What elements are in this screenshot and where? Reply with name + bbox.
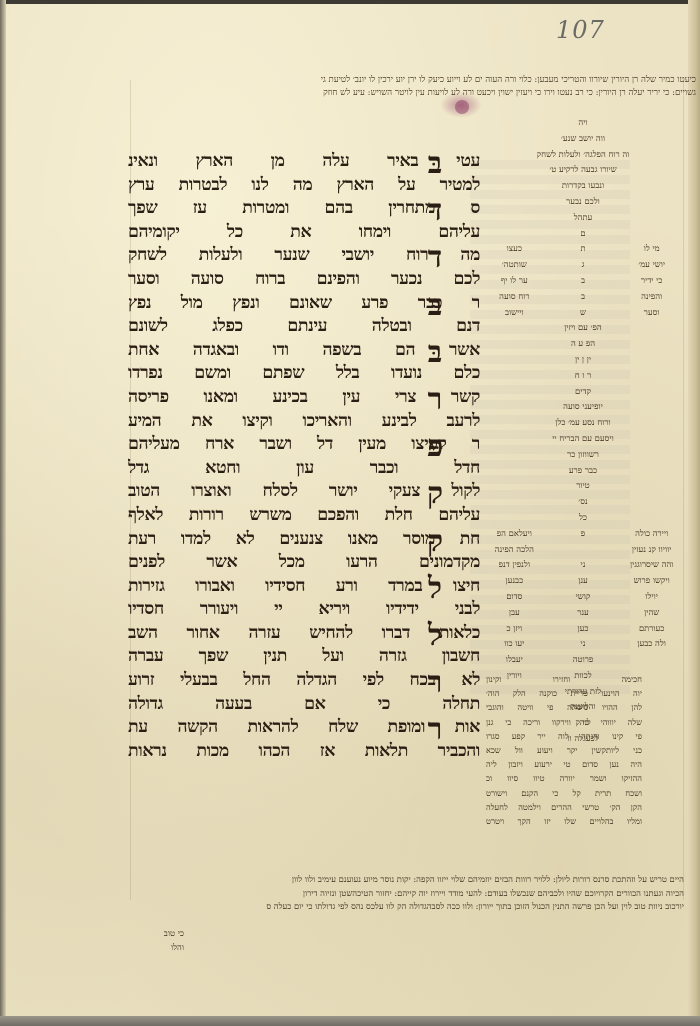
top-note-line: גשויים: כי יריר יעלה רן היורין: כי רב נע… (126, 87, 696, 100)
masora-taper-line: נס׳ (480, 494, 686, 510)
initial-letter: ד (415, 240, 455, 275)
masora-cell: רוח סועה (480, 289, 549, 305)
masora-taper-line: הפ׳ עם ויזין (480, 320, 686, 336)
commentary-line: חכימה וחזירו וקינון (486, 672, 642, 686)
masora-grid-row: יושי עמ׳גשותטה׳ (480, 257, 686, 273)
page-fore-edge (688, 0, 700, 1016)
masora-cell: ולה כבען (617, 636, 686, 652)
masora-lower-row: יוויוו קנ נעזיןהלכה הפינה (480, 542, 686, 558)
masora-line: עתהל (480, 210, 686, 226)
masora-lower-row: יוילוקושיסדום (480, 589, 686, 605)
masora-lower-row: פרוטהיעבלו (480, 652, 686, 668)
masora-cell: ענר (549, 605, 618, 621)
commentary-line: הקן הק׳ טרשי ההרים וילמטה לחעלה (486, 800, 642, 814)
commentary-block: חכימה וחזירו וקינוןיוה הוינעו כריית כוקנ… (486, 672, 642, 828)
masora-taper-line: הפ ע ה (480, 336, 686, 352)
masora-line: ונבעו בקדרות (480, 178, 686, 194)
masora-taper-line: ויסעם עם הבריח יי (480, 431, 686, 447)
masora-cell: ויירה כולה (617, 526, 686, 542)
initial-letter: ר (415, 382, 455, 417)
masora-taper-line: טיור (480, 478, 686, 494)
masora-taper-line: קדים (480, 384, 686, 400)
masora-line: ויה (480, 115, 686, 131)
masora-cell (549, 542, 618, 558)
initial-letter: ל (415, 571, 455, 606)
initial-letter: ל (415, 618, 455, 653)
masora-cell: יעבלו (480, 652, 549, 668)
masora-cell: קושי (549, 589, 618, 605)
bottom-marginal-note: היים טריש על וזהתכת סרנס רורות ליולן: לל… (124, 873, 684, 914)
masora-cell: שהין (617, 605, 686, 621)
top-note-line: כיעטו כמיר שלה רן היורין שיורוו והטריכי … (126, 74, 696, 87)
page-bottom-edge (0, 1016, 700, 1026)
masora-cell: ש (549, 305, 618, 321)
masora-cell: ני (549, 636, 618, 652)
initial-letter: בּ (415, 146, 455, 181)
masora-taper-line: ר ו ח (480, 368, 686, 384)
initial-letter: ר (415, 712, 455, 747)
page-top-edge (0, 0, 700, 4)
commentary-line: פי קינו ווינתה לוה ייר קפע סגרו (486, 729, 642, 743)
commentary-line: ושכח תרית קל כי הקנם וישורט (486, 786, 642, 800)
masora-cell: ולנפין דנפ (480, 557, 549, 573)
masora-cell: ויזן כ (480, 621, 549, 637)
masora-cell: ענן (549, 573, 618, 589)
ink-stain (455, 100, 469, 114)
commentary-line: שלה יוווהי כי ווירקוו וריכה כי גנן (486, 715, 642, 729)
masora-cell: יוויוו קנ נעזין (617, 542, 686, 558)
masora-taper-line: רשווזון כר (480, 447, 686, 463)
masora-column: ויהווה יושב שנע׳וה רוח הפלגה׳ ולעלות לשח… (480, 115, 686, 747)
masora-lower-row: והה שיסרוגגיןניולנפין דנפ (480, 557, 686, 573)
masora-line: שיורו גבעה לרקיע ט׳ (480, 162, 686, 178)
masora-cell: ג (549, 257, 618, 273)
initial-letter: ק (415, 524, 455, 559)
masora-cell: יעו כוו (480, 636, 549, 652)
masora-taper-line: ורוח נסע עמ׳ כלן (480, 415, 686, 431)
masora-cell: עבן (480, 605, 549, 621)
masora-cell (617, 652, 686, 668)
masora-line: ולכם נבער (480, 194, 686, 210)
masora-cell: ויישוב (480, 305, 549, 321)
masora-cell: כעצו (480, 241, 549, 257)
masora-cell: פ (549, 526, 618, 542)
masora-line: ם (480, 226, 686, 242)
bottom-note-tail-line: כי טוב (124, 927, 184, 941)
masora-line: ווה יושב שנע׳ (480, 131, 686, 147)
masora-cell: כעורתם (617, 621, 686, 637)
masora-cell: והה שיסרוגגין (617, 557, 686, 573)
bottom-note-line: היים טריש על וזהתכת סרנס רורות ליולן: לל… (124, 873, 684, 887)
initial-letter: בּ (415, 288, 455, 323)
masora-grid-row: והפינהברוח סועה (480, 289, 686, 305)
bottom-note-line: הכיוה וגעתנו הכוורים הקרויוכם שהיו ולכבי… (124, 887, 684, 901)
commentary-line: ומליו בהלויים שלו יזו הקך ויטרט (486, 814, 642, 828)
masora-taper-line: ין ן ין (480, 352, 686, 368)
masora-cell: יושי עמ׳ (617, 257, 686, 273)
masora-cell: ת (549, 241, 618, 257)
initial-letter: ק (415, 476, 455, 511)
masora-cell: סדום (480, 589, 549, 605)
commentary-line: ההזיקו ושמר יוורה טיוו סיוו וכ (486, 771, 642, 785)
masora-taper-line: יופיעני סועה (480, 399, 686, 415)
manuscript-page: 107 כיעטו כמיר שלה רן היורין שיורוו והטר… (0, 0, 700, 1026)
masora-line: וה רוח הפלגה׳ ולעלות לשחק (480, 147, 686, 163)
masora-lower-row: שהיןענרעבן (480, 605, 686, 621)
commentary-line: היה נען סדום טי ירעוע ויזבון ליה (486, 757, 642, 771)
masora-cell: ב (549, 289, 618, 305)
initial-letter: ר (415, 665, 455, 700)
commentary-line: להן ההויו סיסתה פי וויטה והוגבי (486, 700, 642, 714)
masora-cell: וסער (617, 305, 686, 321)
page-gutter-edge (0, 0, 6, 1026)
top-marginal-note: כיעטו כמיר שלה רן היורין שיורוו והטריכי … (126, 74, 696, 100)
folio-number: 107 (556, 16, 605, 44)
masora-grid-row: מי לותכעצו (480, 241, 686, 257)
masora-cell: פרוטה (549, 652, 618, 668)
masora-cell: ני (549, 557, 618, 573)
masora-lower-row: ויירה כולהפויעלאם הפ (480, 526, 686, 542)
masora-lower-row: כעורתםכעןויזן כ (480, 621, 686, 637)
bottom-note-tail-line: והלו (124, 941, 184, 955)
initial-letter: ד (415, 193, 455, 228)
masora-cell: כען (549, 621, 618, 637)
masora-cell: כבנען (480, 573, 549, 589)
masora-cell: ויעלאם הפ (480, 526, 549, 542)
bottom-note-tail: כי טוב והלו (124, 927, 184, 954)
masora-cell: שותטה׳ (480, 257, 549, 273)
masora-cell: והפינה (617, 289, 686, 305)
masora-cell: יוילו (617, 589, 686, 605)
bottom-note-line: יורכוב ניוות טוב לוין ועל הכן פרשה התנין… (124, 900, 684, 914)
masora-cell: ער לו יף (480, 273, 549, 289)
masora-lower-row: ויקשו פרושענןכבנען (480, 573, 686, 589)
initial-letter: פּ (415, 429, 455, 464)
masora-grid-row: כי ידירבער לו יף (480, 273, 686, 289)
masora-lower-row: ולה כבעןנייעו כוו (480, 636, 686, 652)
commentary-line: יוה הוינעו כריית כוקנה הלק הוה׳ (486, 686, 642, 700)
masora-cell: ויקשו פרוש (617, 573, 686, 589)
masora-cell: ב (549, 273, 618, 289)
commentary-line: כני ליותקשין יקר ויעוע וול שכא (486, 743, 642, 757)
initial-letter: בּ (415, 335, 455, 370)
masora-taper-line: כבר פרע (480, 463, 686, 479)
masora-cell: הלכה הפינה (480, 542, 549, 558)
masora-cell: מי לו (617, 241, 686, 257)
masora-taper-line: כל (480, 510, 686, 526)
masora-cell: כי ידיר (617, 273, 686, 289)
masora-grid-row: וסערשויישוב (480, 305, 686, 321)
